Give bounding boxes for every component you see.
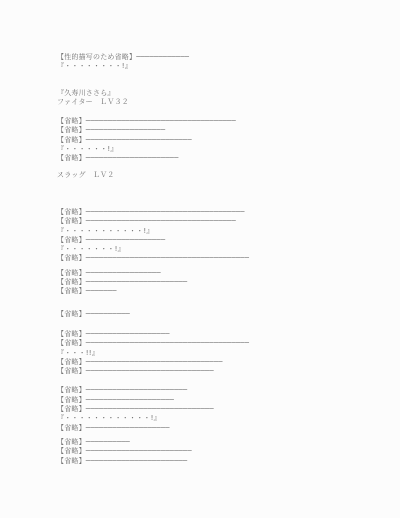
text-line: 【省略】─────── [57,287,372,296]
paragraph: 『久寿川ささら』ファイター ＬＶ３２ [57,89,372,108]
paragraph: 【省略】────────────────────────────────────… [57,208,372,264]
text-line: 【性的描写のため省略】──────────── [57,53,372,62]
text-line: 【省略】───────────────────────────── [57,405,372,414]
text-line: 【省略】────────────────── [57,126,372,135]
paragraph: 【省略】────────── [57,310,372,319]
text-line: 【省略】──────────────────────────────────── [57,208,372,217]
text-line: 【省略】─────────────────────────────── [57,358,372,367]
text-line: 『・・・・・・・・!』 [57,62,372,71]
text-line: 【省略】───────────────────────────── [57,367,372,376]
text-line: スラッグ ＬＶ２ [57,171,372,180]
text-line: 【省略】────────── [57,438,372,447]
text-line: 【省略】────────────────────────────────────… [57,339,372,348]
text-line: 【省略】─────────────────────── [57,278,372,287]
text-line: 【省略】──────────────────── [57,396,372,405]
paragraph: 【性的描写のため省略】────────────『・・・・・・・・!』 [57,53,372,72]
paragraph: 【省略】──────────────────────────────────【省… [57,117,372,163]
text-line: 【省略】──────────────────────── [57,447,372,456]
text-line: 【省略】───────────────────── [57,154,372,163]
text-line: ファイター ＬＶ３２ [57,98,372,107]
text-line: 【省略】─────────────────────── [57,386,372,395]
text-line: 【省略】────────── [57,310,372,319]
text-line: 『久寿川ささら』 [57,89,372,98]
text-line: 【省略】────────────────── [57,236,372,245]
paragraph: 【省略】───────────────────────【省略】─────────… [57,386,372,432]
paragraph: スラッグ ＬＶ２ [57,171,372,180]
text-line: 【省略】─────────────────── [57,424,372,433]
text-line: 【省略】──────────────────────── [57,136,372,145]
text-line: 【省略】────────────────────────────────── [57,117,372,126]
paragraph: 【省略】──────────【省略】──────────────────────… [57,438,372,466]
text-content: 【性的描写のため省略】────────────『・・・・・・・・!』『久寿川ささ… [57,53,372,466]
text-line: 【省略】────────────────────────────────────… [57,254,372,263]
text-line: 【省略】─────────────────────── [57,457,372,466]
text-line: 『・・・・・・・・・・・!』 [57,227,372,236]
text-line: 【省略】───────────────── [57,269,372,278]
text-line: 【省略】────────────────────────────────── [57,217,372,226]
text-line: 『・・・・・・・!』 [57,245,372,254]
document-page: 【性的描写のため省略】────────────『・・・・・・・・!』『久寿川ささ… [0,0,400,518]
paragraph: 【省略】───────────────────【省略】─────────────… [57,330,372,376]
text-line: 『・・・・・・!』 [57,145,372,154]
text-line: 『・・・!!』 [57,349,372,358]
paragraph: 【省略】─────────────────【省略】───────────────… [57,269,372,297]
text-line: 【省略】─────────────────── [57,330,372,339]
text-line: 『・・・・・・・・・・・・!』 [57,414,372,423]
